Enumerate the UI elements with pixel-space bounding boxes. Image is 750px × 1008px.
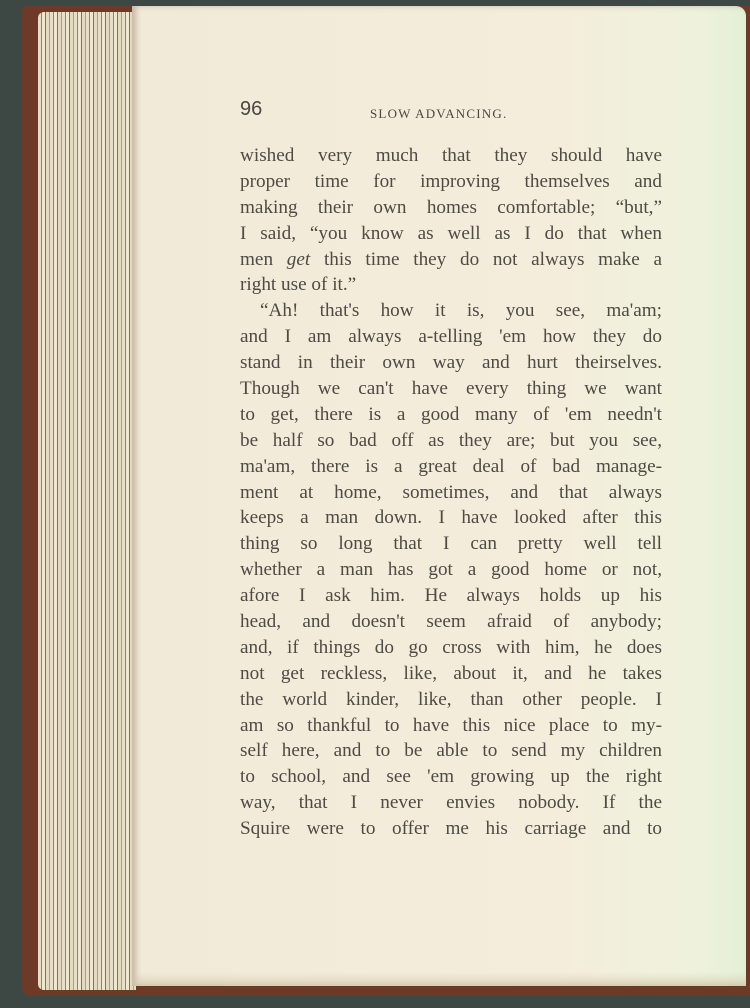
text-line: to school, and see 'em growing up the ri…	[240, 764, 662, 790]
text-line: men get this time they do not always mak…	[240, 247, 662, 273]
text-line: be half so bad off as they are; but you …	[240, 428, 662, 454]
page-number: 96	[240, 98, 262, 121]
body-text: wished very much that they should have p…	[240, 143, 662, 842]
text-line: making their own homes comfortable; “but…	[240, 195, 662, 221]
text-line: not get reckless, like, about it, and he…	[240, 661, 662, 687]
text-line: “Ah! that's how it is, you see, ma'am;	[240, 298, 662, 324]
italic-word: get	[287, 249, 310, 270]
text-line: self here, and to be able to send my chi…	[240, 738, 662, 764]
text-line: way, that I never envies nobody. If the	[240, 790, 662, 816]
text-line: I said, “you know as well as I do that w…	[240, 221, 662, 247]
running-head: SLOW ADVANCING.	[370, 106, 507, 122]
text-line: wished very much that they should have	[240, 143, 662, 169]
text-line: proper time for improving themselves and	[240, 169, 662, 195]
text-line: keeps a man down. I have looked after th…	[240, 505, 662, 531]
text-line: head, and doesn't seem afraid of anybody…	[240, 609, 662, 635]
text-line: afore I ask him. He always holds up his	[240, 583, 662, 609]
text-line: the world kinder, like, than other peopl…	[240, 687, 662, 713]
text-line: whether a man has got a good home or not…	[240, 557, 662, 583]
text-line: right use of it.”	[240, 272, 662, 298]
text-line: Squire were to offer me his carriage and…	[240, 816, 662, 842]
page-header: 96 SLOW ADVANCING.	[240, 98, 660, 128]
text-line: stand in their own way and hurt theirsel…	[240, 350, 662, 376]
text-line: and I am always a-telling 'em how they d…	[240, 324, 662, 350]
text-line: Though we can't have every thing we want	[240, 376, 662, 402]
page-edges	[38, 12, 136, 990]
text-line: am so thankful to have this nice place t…	[240, 713, 662, 739]
text-line: thing so long that I can pretty well tel…	[240, 531, 662, 557]
text-line: ment at home, sometimes, and that always	[240, 480, 662, 506]
text-line: and, if things do go cross with him, he …	[240, 635, 662, 661]
text-line: to get, there is a good many of 'em need…	[240, 402, 662, 428]
text-line: ma'am, there is a great deal of bad mana…	[240, 454, 662, 480]
